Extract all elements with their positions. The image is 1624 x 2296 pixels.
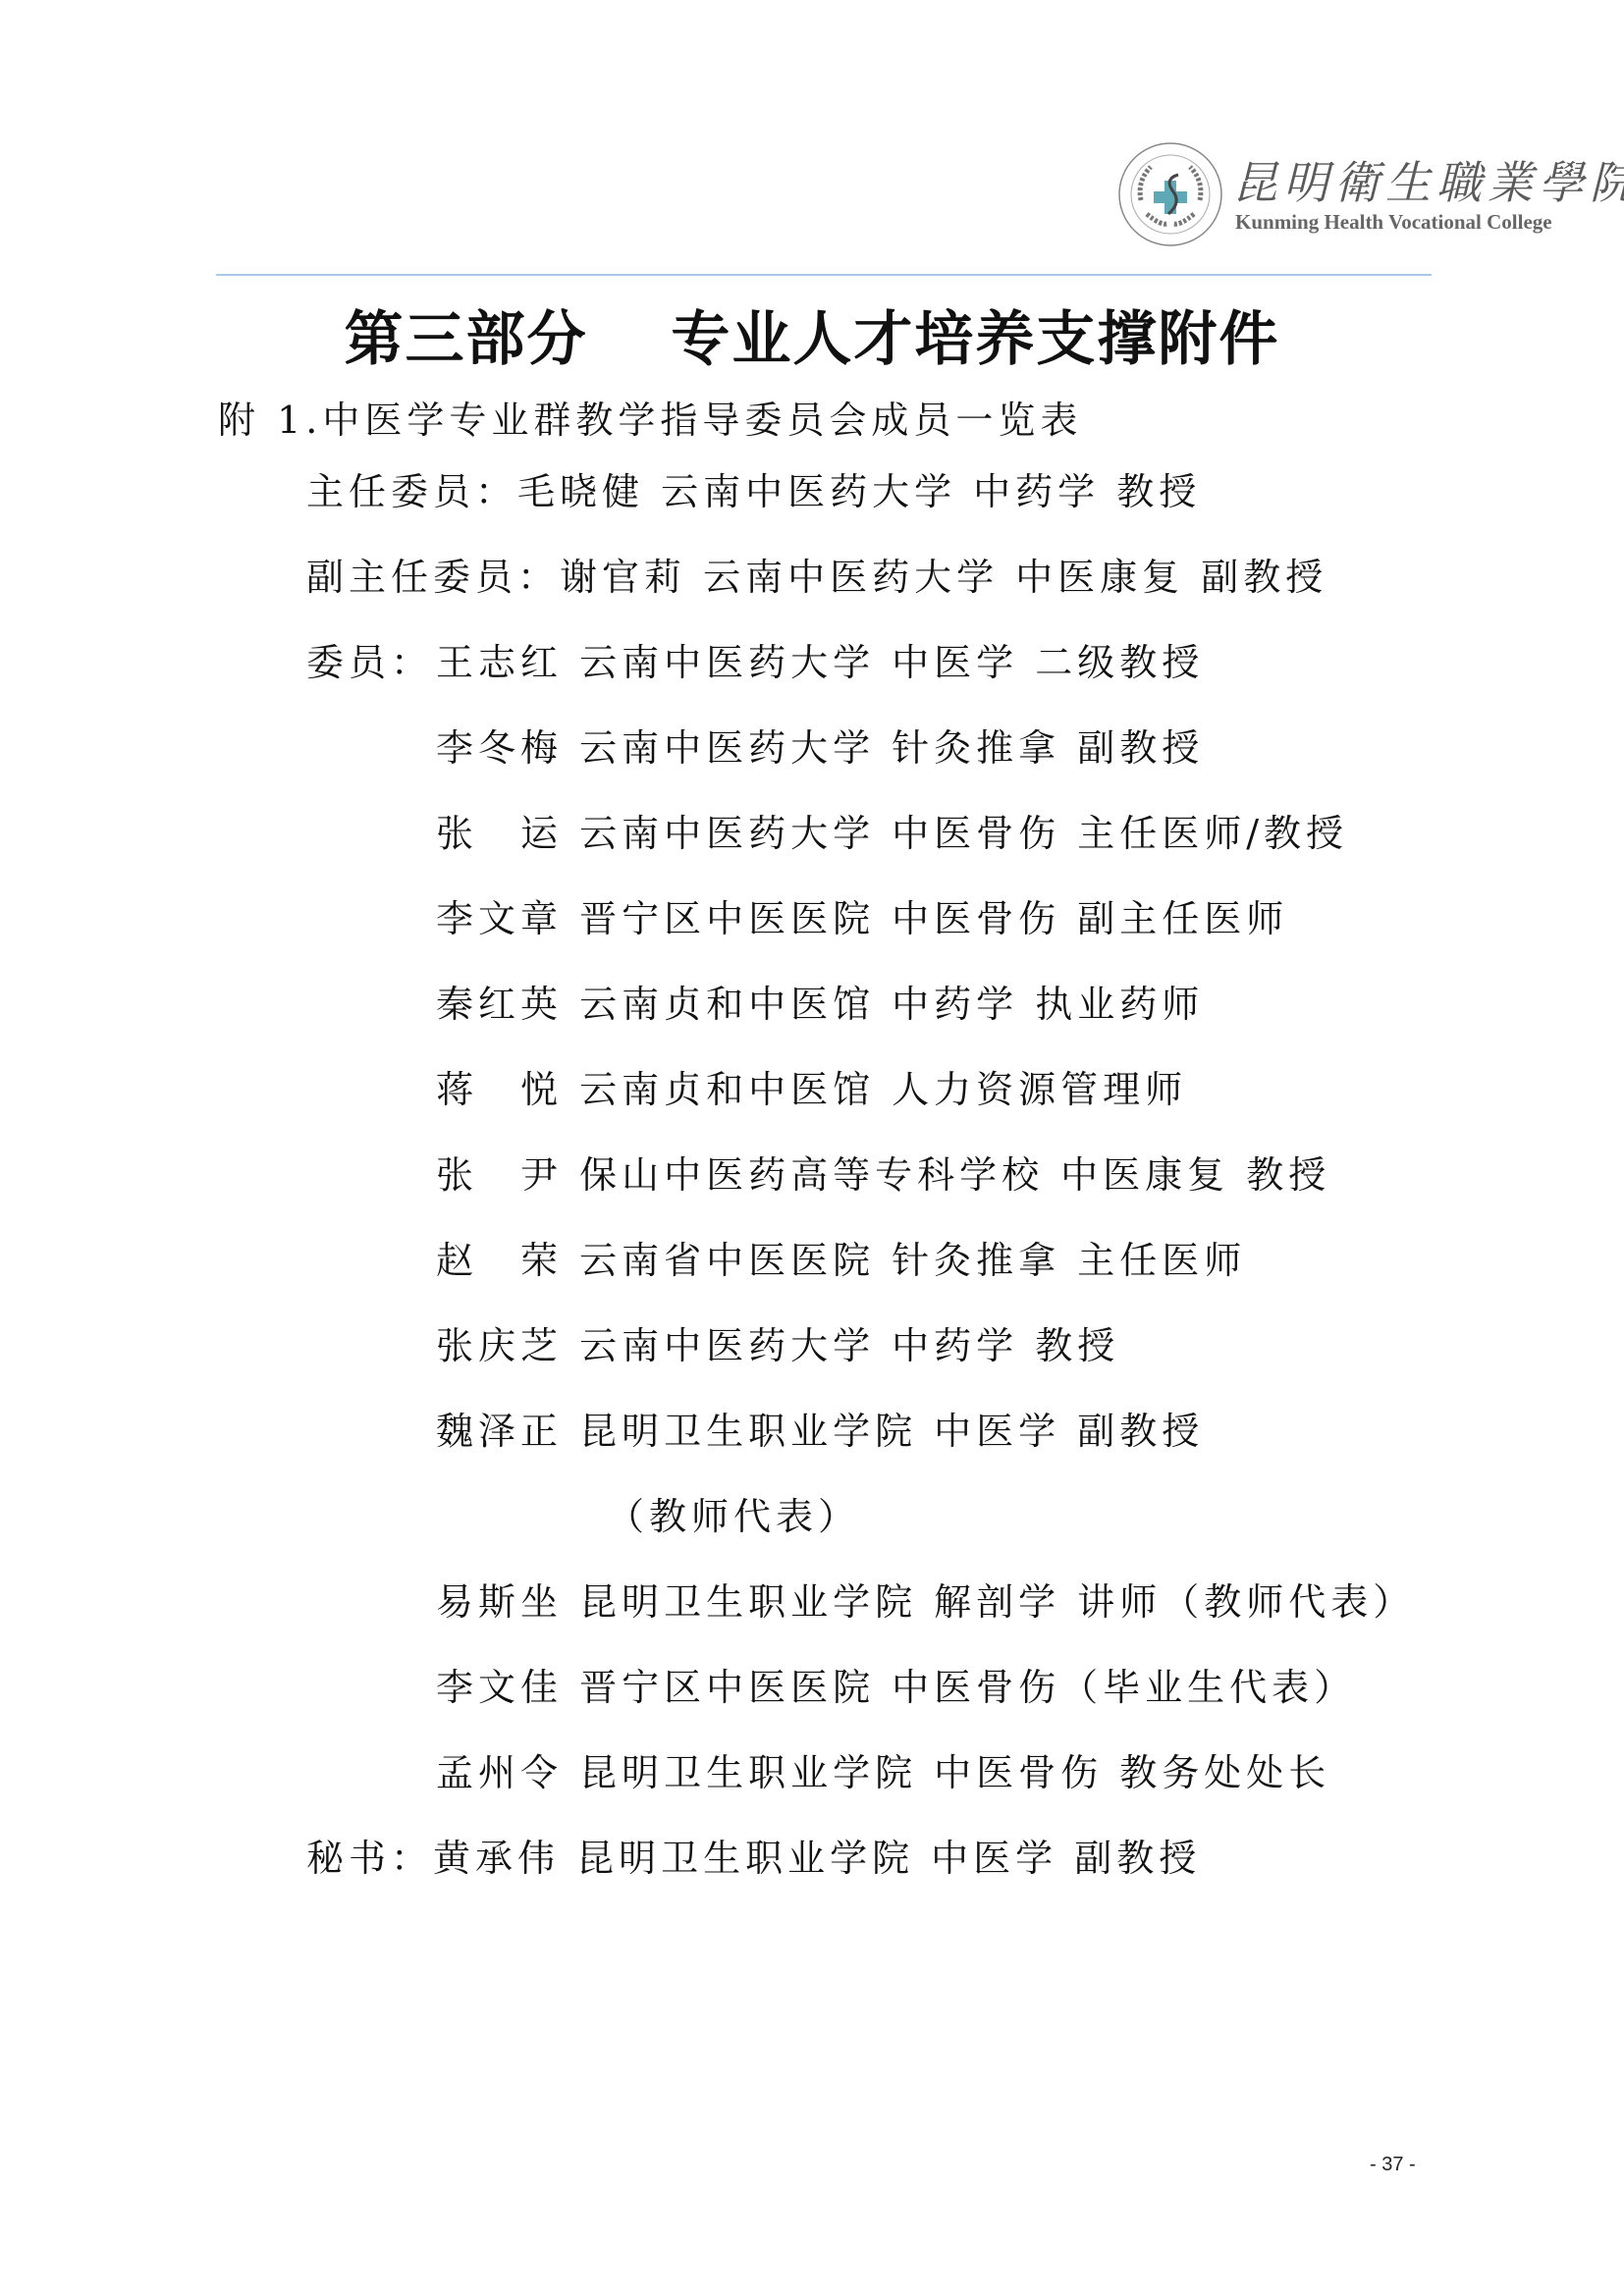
member-row: 赵 荣 云南省中医医院 针灸推拿 主任医师 [436, 1237, 1246, 1284]
member-row: 秦红英 云南贞和中医馆 中药学 执业药师 [436, 981, 1204, 1028]
member-row: 李文佳 晋宁区中医医院 中医骨伤（毕业生代表） [436, 1664, 1356, 1711]
secretary-row: 秘书：黄承伟 昆明卫生职业学院 中医学 副教授 [306, 1835, 1201, 1882]
member-row-continuation: （教师代表） [607, 1493, 860, 1540]
member-row: 孟州令 昆明卫生职业学院 中医骨伤 教务处处长 [436, 1749, 1330, 1796]
college-name-en: Kunming Health Vocational College [1235, 210, 1552, 235]
director-row: 主任委员：毛晓健 云南中医药大学 中药学 教授 [306, 468, 1201, 515]
page-title: 第三部分 专业人才培养支撑附件 [0, 293, 1624, 377]
header-divider [216, 274, 1432, 276]
member-row: 易斯坐 昆明卫生职业学院 解剖学 讲师（教师代表） [436, 1578, 1415, 1626]
members-label: 委员： [306, 639, 433, 686]
secretary-text: 黄承伟 昆明卫生职业学院 中医学 副教授 [433, 1837, 1201, 1880]
vice-director-text: 谢官莉 云南中医药大学 中医康复 副教授 [560, 556, 1327, 599]
college-seal-logo [1117, 141, 1223, 247]
member-row: 王志红 云南中医药大学 中医学 二级教授 [436, 639, 1204, 686]
member-row: 蒋 悦 云南贞和中医馆 人力资源管理师 [436, 1066, 1187, 1113]
college-name-cn: 昆明衛生職業學院 [1232, 147, 1624, 212]
appendix-heading: 附 1.中医学专业群教学指导委员会成员一览表 [218, 397, 1082, 444]
member-row: 魏泽正 昆明卫生职业学院 中医学 副教授 [436, 1408, 1204, 1455]
member-row: 李冬梅 云南中医药大学 针灸推拿 副教授 [436, 724, 1204, 772]
member-row: 张 尹 保山中医药高等专科学校 中医康复 教授 [436, 1151, 1330, 1199]
member-row: 张庆芝 云南中医药大学 中药学 教授 [436, 1322, 1119, 1369]
seal-icon [1117, 141, 1223, 247]
secretary-label: 秘书： [306, 1837, 433, 1880]
director-label: 主任委员： [306, 470, 517, 513]
page-number: - 37 - [1370, 2154, 1416, 2176]
member-row: 李文章 晋宁区中医医院 中医骨伤 副主任医师 [436, 895, 1288, 942]
member-row: 张 运 云南中医药大学 中医骨伤 主任医师/教授 [436, 810, 1348, 857]
director-text: 毛晓健 云南中医药大学 中药学 教授 [517, 470, 1201, 513]
vice-director-label: 副主任委员： [306, 556, 560, 599]
vice-director-row: 副主任委员：谢官莉 云南中医药大学 中医康复 副教授 [306, 554, 1327, 601]
